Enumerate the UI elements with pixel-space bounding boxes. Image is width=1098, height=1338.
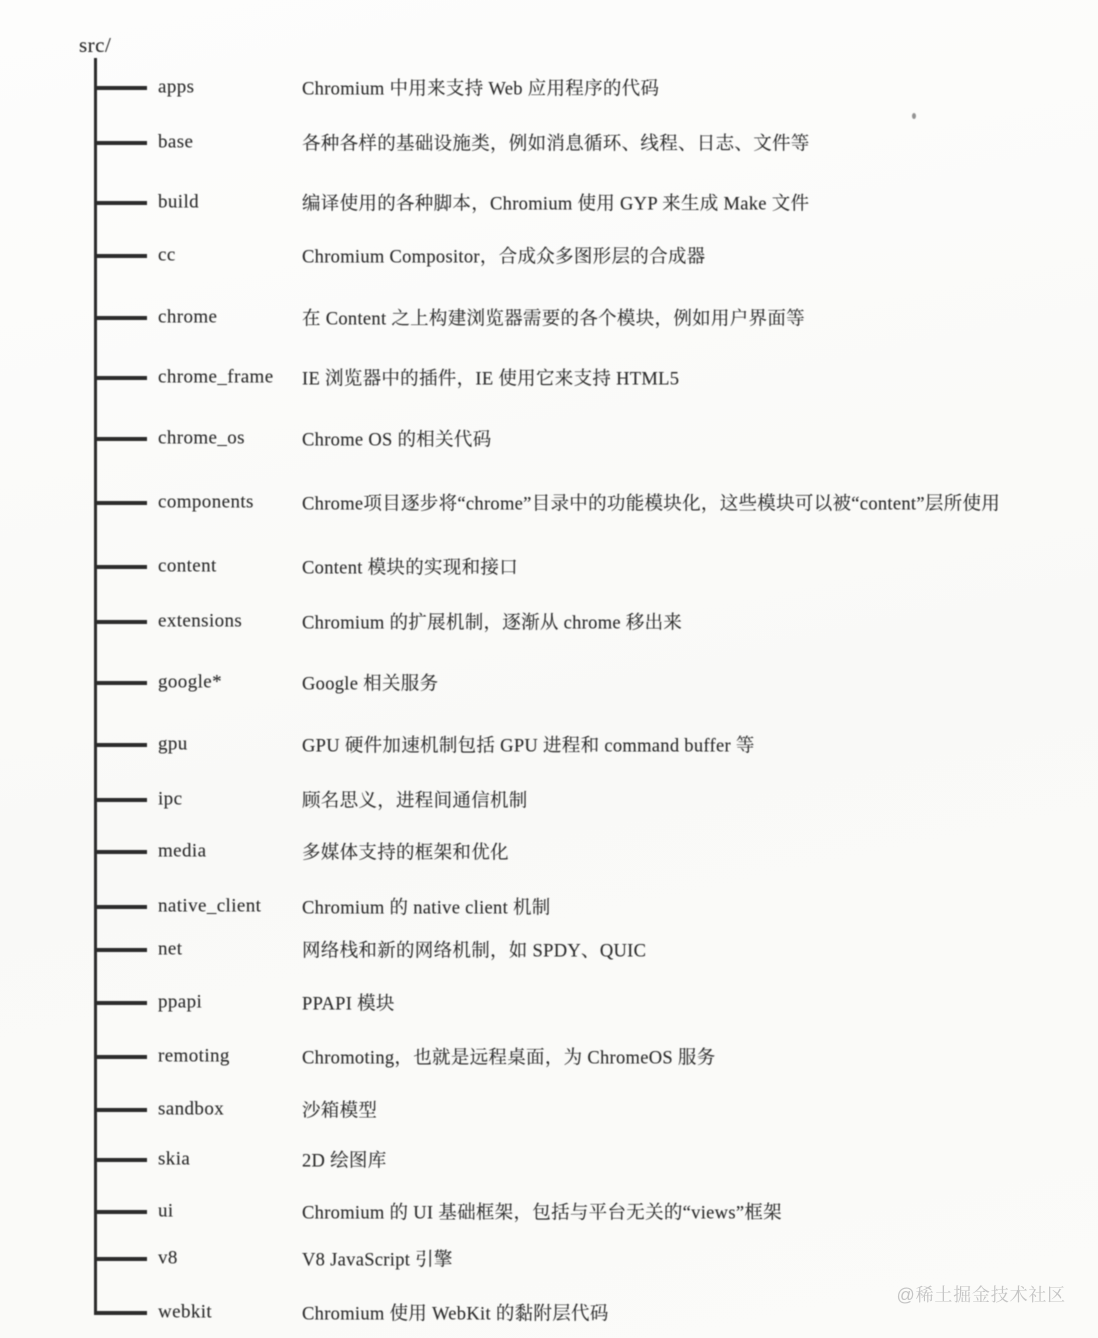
tree-root-label: src/ <box>79 33 111 58</box>
tree-branch-line <box>94 743 147 746</box>
tree-branch-line <box>94 681 147 684</box>
directory-name: net <box>158 939 182 961</box>
tree-branch-line <box>94 620 147 623</box>
tree-branch-line <box>94 254 147 257</box>
directory-name: skia <box>158 1149 190 1171</box>
tree-branch-line <box>94 1055 147 1058</box>
scanned-page: src/ apps Chromium 中用来支持 Web 应用程序的代码 bas… <box>0 0 1098 1338</box>
directory-name: ui <box>158 1201 174 1223</box>
directory-description: 各种各样的基础设施类，例如消息循环、线程、日志、文件等 <box>302 129 810 155</box>
directory-name: apps <box>158 77 194 99</box>
directory-name: native_client <box>158 896 261 918</box>
directory-description: V8 JavaScript 引擎 <box>302 1245 453 1271</box>
tree-branch-line <box>94 1158 147 1161</box>
directory-description: Chromium Compositor，合成众多图形层的合成器 <box>302 242 705 268</box>
directory-name: sandbox <box>158 1099 224 1121</box>
directory-name: base <box>158 132 193 154</box>
directory-description: Chromium 中用来支持 Web 应用程序的代码 <box>302 74 659 100</box>
directory-name: build <box>158 192 199 214</box>
directory-description: PPAPI 模块 <box>302 989 395 1015</box>
directory-name: gpu <box>158 734 188 756</box>
tree-branch-line <box>94 850 147 853</box>
directory-description: Chromium 的扩展机制，逐渐从 chrome 移出来 <box>302 608 682 634</box>
tree-trunk-line <box>94 58 97 1315</box>
directory-description: 顾名思义，进程间通信机制 <box>302 786 528 812</box>
tree-branch-line <box>94 798 147 801</box>
directory-name: webkit <box>158 1302 212 1324</box>
tree-branch-line <box>94 1257 147 1260</box>
directory-description: GPU 硬件加速机制包括 GPU 进程和 command buffer 等 <box>302 731 755 757</box>
tree-branch-line <box>94 948 147 951</box>
tree-branch-line <box>94 201 147 204</box>
directory-name: content <box>158 556 217 578</box>
tree-branch-line <box>94 501 147 504</box>
tree-branch-line <box>94 1001 147 1004</box>
directory-name: extensions <box>158 611 242 633</box>
directory-name: ppapi <box>158 992 202 1014</box>
tree-branch-line <box>94 565 147 568</box>
directory-description: Google 相关服务 <box>302 669 438 695</box>
directory-name: components <box>158 492 254 514</box>
directory-name: v8 <box>158 1248 178 1270</box>
directory-description: 网络栈和新的网络机制，如 SPDY、QUIC <box>302 936 646 962</box>
directory-description: IE 浏览器中的插件，IE 使用它来支持 HTML5 <box>302 364 679 390</box>
tree-branch-line <box>94 905 147 908</box>
directory-description: Chrome项目逐步将“chrome”目录中的功能模块化，这些模块可以被“con… <box>302 489 1000 515</box>
directory-description: Chromium 的 native client 机制 <box>302 893 551 919</box>
scan-speck <box>912 113 916 119</box>
directory-name: chrome_os <box>158 428 245 450</box>
directory-name: remoting <box>158 1046 230 1068</box>
directory-description: Chromoting，也就是远程桌面，为 ChromeOS 服务 <box>302 1043 716 1069</box>
directory-description: Chrome OS 的相关代码 <box>302 425 492 451</box>
directory-name: chrome_frame <box>158 367 274 389</box>
directory-description: 沙箱模型 <box>302 1096 377 1122</box>
directory-description: Content 模块的实现和接口 <box>302 553 518 579</box>
tree-branch-line <box>94 376 147 379</box>
directory-name: ipc <box>158 789 182 811</box>
tree-branch-line <box>94 437 147 440</box>
directory-description: Chromium 的 UI 基础框架，包括与平台无关的“views”框架 <box>302 1198 782 1224</box>
tree-branch-line <box>94 141 147 144</box>
tree-branch-line <box>94 316 147 319</box>
tree-branch-line <box>94 1108 147 1111</box>
directory-tree-diagram: src/ apps Chromium 中用来支持 Web 应用程序的代码 bas… <box>0 0 1098 1338</box>
directory-description: 多媒体支持的框架和优化 <box>302 838 509 864</box>
directory-description: 在 Content 之上构建浏览器需要的各个模块，例如用户界面等 <box>302 304 805 330</box>
directory-name: chrome <box>158 307 217 329</box>
directory-description: 2D 绘图库 <box>302 1146 387 1172</box>
directory-description: 编译使用的各种脚本，Chromium 使用 GYP 来生成 Make 文件 <box>302 189 809 215</box>
directory-description: Chromium 使用 WebKit 的黏附层代码 <box>302 1299 609 1325</box>
directory-name: google* <box>158 672 222 694</box>
tree-branch-line <box>94 86 147 89</box>
directory-name: media <box>158 841 206 863</box>
watermark: @稀土掘金技术社区 <box>897 1281 1066 1307</box>
tree-branch-line <box>94 1210 147 1213</box>
directory-name: cc <box>158 245 176 267</box>
tree-branch-line <box>94 1311 147 1314</box>
